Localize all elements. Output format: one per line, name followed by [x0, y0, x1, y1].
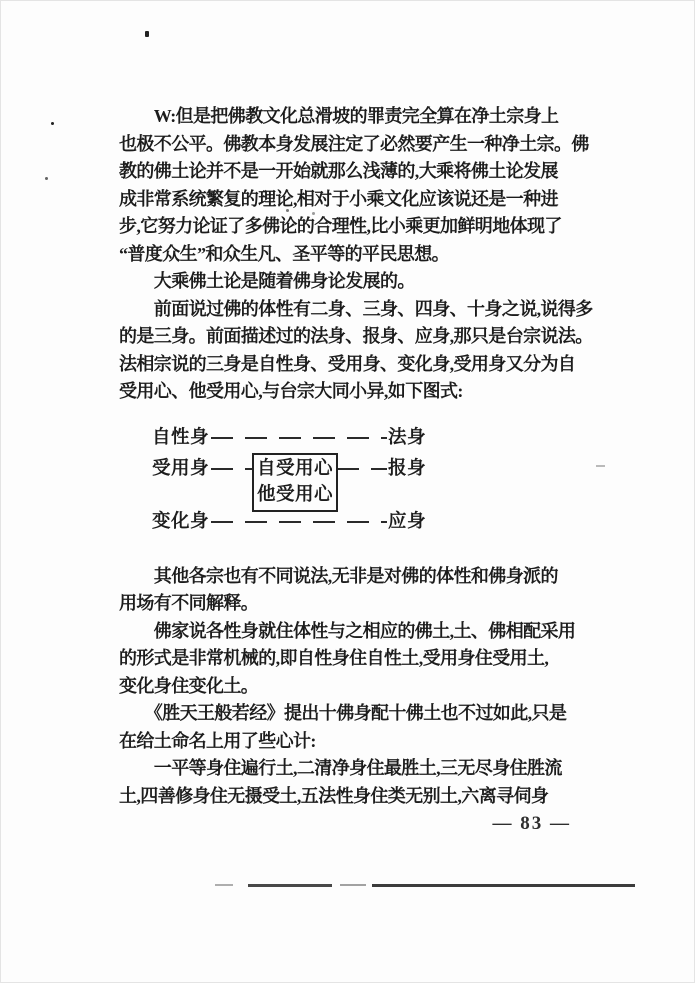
three-bodies-diagram: 自性身 法身 受用身 报身 自受用心 他受用心 变化身 应身 — [119, 427, 591, 533]
diagram-label-fashen: 法身 — [388, 427, 426, 449]
bottom-scan-line — [215, 884, 233, 886]
bottom-scan-line — [372, 884, 635, 887]
text-line: 在给土命名上用了些心计: — [119, 728, 591, 756]
diagram-connector — [337, 468, 387, 470]
diagram-label-baoshen: 报身 — [388, 458, 426, 480]
text-line: 一平等身住遍行土,二清净身住最胜土,三无尽身住胜流 — [119, 755, 591, 783]
diagram-box-line: 自受用心 — [257, 456, 333, 482]
text-line: 其他各宗也有不同说法,无非是对佛的体性和佛身派的 — [119, 563, 591, 591]
text-line: 的形式是非常机械的,即自性身住自性土,受用身住受用土, — [119, 645, 591, 673]
diagram-connector — [211, 437, 387, 439]
text-line: 的是三身。前面描述过的法身、报身、应身,那只是台宗说法。 — [119, 323, 591, 351]
diagram-label-zixingshen: 自性身 — [152, 427, 209, 449]
text-column: W:但是把佛教文化总滑坡的罪责完全算在净土宗身上 也极不公平。佛教本身发展注定了… — [119, 103, 591, 837]
book-page: W:但是把佛教文化总滑坡的罪责完全算在净土宗身上 也极不公平。佛教本身发展注定了… — [0, 0, 695, 983]
text-line: 法相宗说的三身是自性身、受用身、变化身,受用身又分为自 — [119, 351, 591, 379]
scan-speck — [145, 31, 149, 37]
diagram-label-shouyongshen: 受用身 — [152, 458, 209, 480]
diagram-connector — [211, 468, 252, 470]
text-line: 变化身住变化土。 — [119, 673, 591, 701]
text-line: 教的佛土论并不是一开始就那么浅薄的,大乘将佛土论发展 — [119, 158, 591, 186]
text-line: 《胜天王般若经》提出十佛身配十佛土也不过如此,只是 — [119, 700, 591, 728]
shouyongxin-box: 自受用心 他受用心 — [252, 453, 338, 512]
diagram-connector — [211, 521, 387, 523]
diagram-label-yingshen: 应身 — [388, 511, 426, 533]
text-line: 前面说过佛的体性有二身、三身、四身、十身之说,说得多 — [119, 296, 591, 324]
text-line: 土,四善修身住无摄受土,五法性身住类无别土,六离寻伺身 — [119, 783, 591, 811]
text-line: 成非常系统繁复的理论,相对于小乘文化应该说还是一种进 — [119, 186, 591, 214]
text-line: 也极不公平。佛教本身发展注定了必然要产生一种净土宗。佛 — [119, 131, 591, 159]
diagram-box-line: 他受用心 — [257, 482, 333, 508]
page-number: — 83 — — [119, 811, 591, 837]
text-line: W:但是把佛教文化总滑坡的罪责完全算在净土宗身上 — [119, 103, 591, 131]
bottom-scan-line — [340, 884, 366, 886]
text-line: 用场有不同解释。 — [119, 590, 591, 618]
scan-speck — [45, 177, 48, 180]
diagram-label-bianhuashen: 变化身 — [152, 511, 209, 533]
text-line: 受用心、他受用心,与台宗大同小异,如下图式: — [119, 378, 591, 406]
text-line: 大乘佛土论是随着佛身论发展的。 — [119, 268, 591, 296]
scan-speck — [596, 465, 605, 467]
bottom-scan-line — [248, 884, 332, 887]
text-line: 步,它努力论证了多佛论的合理性,比小乘更加鲜明地体现了 — [119, 213, 591, 241]
text-line: 佛家说各性身就住体性与之相应的佛土,土、佛相配采用 — [119, 618, 591, 646]
text-line: “普度众生”和众生凡、圣平等的平民思想。 — [119, 241, 591, 269]
scan-speck — [51, 122, 54, 125]
